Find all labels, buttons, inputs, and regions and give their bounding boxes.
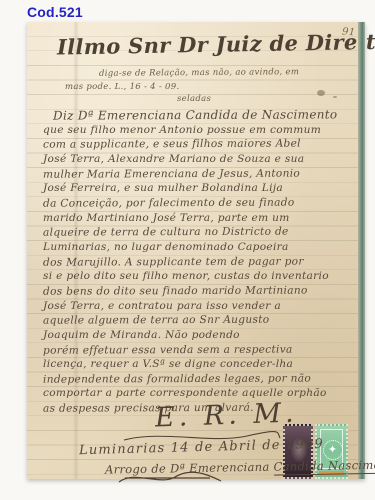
signature-line-name: Candida Nascimento [273, 457, 375, 475]
body-line: porém effetuar essa venda sem a respecti… [43, 342, 355, 358]
body-line: aquelle alguem de terra ao Snr Augusto [43, 313, 355, 329]
body-line: Joaquim de Miranda. Não podendo [43, 328, 355, 343]
page-background: Cod.521 91 Illmo Snr Dr Juiz de Direito … [0, 0, 375, 500]
scanned-document: 91 Illmo Snr Dr Juiz de Direito diga-se … [27, 22, 365, 479]
petition-body: Diz Dª Emerenciana Candida de Nascimento… [43, 108, 355, 416]
body-line: mulher Maria Emerenciana de Jesus, Anton… [43, 166, 355, 182]
body-line: marido Martiniano José Terra, parte em u… [43, 211, 355, 226]
body-line: que seu filho menor Antonio possue em co… [43, 123, 355, 138]
document-title: Illmo Snr Dr Juiz de Direito [57, 29, 347, 59]
marginal-note-1: diga-se de Relação, mas não, ao avindo, … [99, 67, 299, 79]
body-line: independente das formalidades legaes, po… [43, 371, 355, 387]
ink-smudge [317, 90, 325, 96]
body-line: comportar a parte correspondente aquelle… [43, 386, 355, 401]
body-line: José Terra, Alexandre Mariano de Souza e… [43, 152, 355, 167]
signature-flourish [115, 472, 225, 486]
body-line: com a supplicante, e seus filhos maiores… [43, 137, 355, 153]
body-line: Diz Dª Emerenciana Candida de Nascimento [53, 107, 355, 123]
body-line: dos bens do dito seu finado marido Marti… [43, 283, 355, 299]
star-icon: ✦ [323, 440, 343, 460]
body-line: José Ferreira, e sua mulher Bolandina Li… [43, 181, 355, 196]
body-line: Luminarias, no lugar denominado Capoeira [43, 240, 355, 255]
archive-code-label: Cod.521 [27, 4, 83, 20]
body-line: dos Marujillo. A supplicante tem de paga… [43, 254, 355, 270]
body-line: si e pelo dito seu filho menor, custas d… [43, 269, 355, 284]
marginal-note-3: seladas [177, 94, 211, 104]
body-line: alqueire de terra de cultura no District… [43, 225, 355, 241]
marginal-note-2: mas pode. L., 16 - 4 - 09. [65, 82, 179, 92]
body-line: licença, requer a V.Sª se digne conceder… [43, 357, 355, 372]
body-line: da Conceição, por falecimento de seu fin… [43, 195, 355, 211]
book-binding-edge [358, 22, 365, 479]
body-line: José Terra, e contratou para isso vender… [43, 299, 355, 314]
